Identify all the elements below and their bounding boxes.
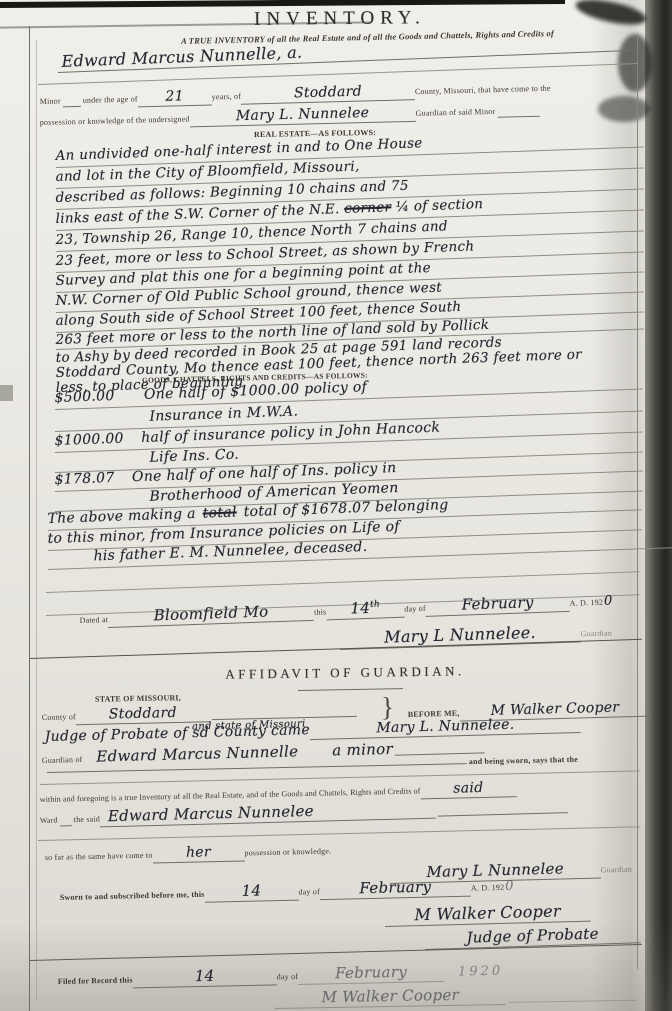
sworn-label: Sworn to and subscribed before me, this [60,890,205,902]
years-of-label: years, of [212,92,242,102]
guardian-signature-row: Mary L Nunnelee. Guardian [339,620,612,650]
dated-place-entry: Bloomfield Mo [108,601,315,628]
judge-signature: M Walker Cooper [384,901,590,927]
item-text: Insurance in M.W.A. [149,404,298,425]
guardian-tail-label: Guardian of said Minor [416,107,496,118]
guardian-label: Guardian [580,628,612,638]
blank-rule [60,823,72,826]
blank-rule [63,104,81,107]
county-tail-label: County, Missouri, that have come to the [415,84,551,97]
frame-left-line-2 [36,40,37,1000]
day-of-label: day of [404,604,426,614]
ad-label: A. D. 192 [570,598,604,608]
guardian-of-label: Guardian of [42,755,83,765]
county-entry: Stoddard [76,704,210,725]
summary-pre: The above making a [47,506,196,527]
possession-label: possession or knowledge. [244,847,331,858]
minor-label: Minor [40,96,61,106]
county-entry: Stoddard [241,82,415,105]
sworn-day-entry: 14 [204,881,298,903]
blank-rule [395,750,485,755]
ward-label: Ward [40,816,58,825]
sworn-year-entry: 0 [505,879,514,894]
county-of-label: County of [42,712,76,722]
filed-month-entry: February [298,962,444,985]
blank-rule [38,826,640,841]
dated-at-label: Dated at [80,615,109,625]
guardian-label: Guardian [601,865,633,875]
dated-day-entry: 14th [326,598,405,621]
filed-year-entry: 1920 [458,964,503,980]
ward-minor-entry: a minor [332,740,393,760]
section-divider [30,639,642,659]
filed-day-entry: 14 [133,965,277,988]
scan-blotch [598,96,650,122]
section-divider [30,944,642,961]
clerk-sig-row: M Walker Cooper [275,983,640,1009]
day-of-label: day of [298,887,320,896]
item-amount: $500.00 [54,388,115,406]
blank-rule [497,114,539,118]
dated-year-entry: 0 [604,593,613,608]
line-post: ¼ of section [396,196,484,215]
struck-word: corner [344,199,392,217]
possession-label: possession or knowledge of the undersign… [40,114,190,127]
her-entry: her [152,843,244,863]
scan-left-margin-mark [0,385,13,401]
guardian-signature: Mary L Nunnelee. [339,621,581,650]
day-of-label: day of [277,972,299,981]
judge-line-entry: Judge of Probate of sd County came [45,722,311,745]
item-amount: $1000.00 [54,431,124,449]
state-label: STATE OF MISSOURI, [95,693,181,703]
brace: } [381,692,394,723]
item-text: Life Ins. Co. [149,447,239,466]
so-far-label: so far as the same have come to [45,851,153,862]
scan-right-band [645,0,672,1011]
this-label: this [314,607,327,616]
affidavit-heading: AFFIDAVIT OF GUARDIAN. [120,662,570,684]
frame-left-line [29,26,30,1011]
sworn-row: Sworn to and subscribed before me, this … [60,876,514,906]
clerk-signature: M Walker Cooper [275,985,506,1009]
judge-sig-row: M Walker Cooper [384,901,590,927]
sworn-tail-label: and being sworn, says that the [469,755,578,766]
scanned-inventory-page: INVENTORY. A TRUE INVENTORY of all the R… [0,0,672,1011]
blank-rule [438,810,568,816]
item-amount: $178.07 [54,470,115,488]
heading-underline [298,688,403,691]
ad-label: A. D. 192 [471,883,505,893]
so-far-row: so far as the same have come to her poss… [45,842,332,866]
filed-label: Filed for Record this [58,975,133,986]
age-entry: 21 [137,88,211,108]
dated-month-entry: February [425,592,570,617]
sworn-month-entry: February [320,877,471,900]
struck-word: total [202,504,237,521]
guardian-name-entry: Mary L. Nunnelee [189,104,415,128]
the-said-label: the said [74,814,100,824]
blank-rule [508,998,638,1003]
under-age-label: under the age of [83,94,138,104]
blank-rule [46,571,640,593]
